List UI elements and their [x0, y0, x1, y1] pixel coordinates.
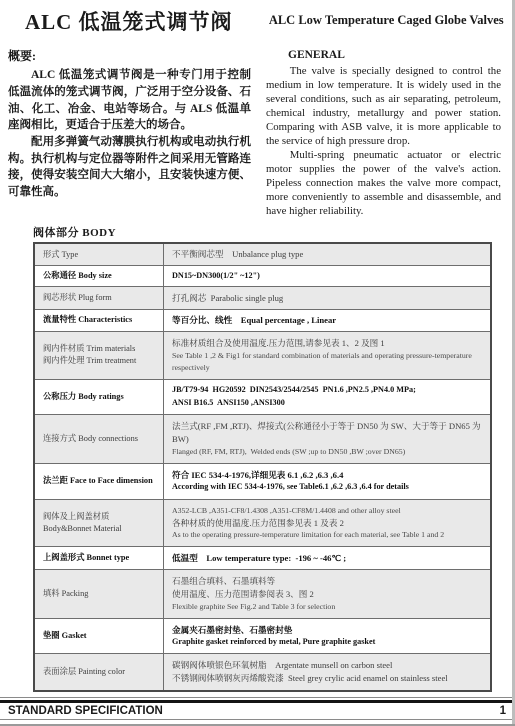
spec-label: 阀内件材质 Trim materials阀内件处理 Trim treatment — [34, 331, 164, 379]
page-title-en: ALC Low Temperature Caged Globe Valves — [258, 6, 515, 36]
spec-row: 阀内件材质 Trim materials阀内件处理 Trim treatment… — [34, 331, 491, 379]
page-title-zh: ALC 低温笼式调节阀 — [0, 6, 258, 36]
spec-label: 垫圈 Gasket — [34, 618, 164, 654]
spec-label: 形式 Type — [34, 243, 164, 266]
spec-value: DN15~DN300(1/2" ~12") — [164, 266, 492, 287]
spec-row: 阀芯形状 Plug form打孔阀芯 Parabolic single plug — [34, 287, 491, 309]
spec-row: 上阀盖形式 Bonnet type低温型 Low temperature typ… — [34, 547, 491, 569]
spec-row: 连接方式 Body connections法兰式(RF ,FM ,RTJ)、焊接… — [34, 414, 491, 463]
footer-page-number: 1 — [500, 705, 506, 717]
overview-heading-en: GENERAL — [288, 48, 501, 63]
page-footer: STANDARD SPECIFICATION 1 — [0, 697, 515, 720]
spec-value: 标准材质组合及使用温度.压力范围,请参见表 1、2 及图 1See Table … — [164, 331, 492, 379]
spec-value: 碳钢阀体喷银色环氧树脂 Argentate munsell on carbon … — [164, 654, 492, 691]
overview-heading-zh: 概要: — [8, 48, 251, 65]
spec-row: 公称通径 Body sizeDN15~DN300(1/2" ~12") — [34, 266, 491, 287]
spec-value: 符合 IEC 534-4-1976,详细见表 6.1 ,6.2 ,6.3 ,6.… — [164, 463, 492, 499]
spec-label: 上阀盖形式 Bonnet type — [34, 547, 164, 569]
spec-row: 公称压力 Body ratingsJB/T79-94 HG20592 DIN25… — [34, 379, 491, 414]
overview-paragraph-en: The valve is specially designed to contr… — [266, 64, 501, 148]
page-header: ALC 低温笼式调节阀 ALC Low Temperature Caged Gl… — [0, 0, 515, 36]
spec-row: 形式 Type不平衡阀芯型 Unbalance plug type — [34, 243, 491, 266]
overview-paragraph-zh: 配用多弹簧气动薄膜执行机构或电动执行机构。执行机构与定位器等附件之间采用无管路连… — [8, 134, 251, 201]
overview-paragraph-zh: ALC 低温笼式调节阀是一种专门用于控制低温流体的笼式调节阀，广泛用于空分设备、… — [8, 67, 251, 134]
spec-value: 不平衡阀芯型 Unbalance plug type — [164, 243, 492, 266]
spec-label: 填料 Packing — [34, 569, 164, 618]
spec-value: 石墨组合填料、石墨填料等使用温度、压力范围请参阅表 3、图 2Flexible … — [164, 569, 492, 618]
spec-row: 阀体及上阀盖材质Body&Bonnet MaterialA352-LCB ,A3… — [34, 499, 491, 547]
spec-value: 低温型 Low temperature type: -196 ~ -46℃ ; — [164, 547, 492, 569]
body-spec-table: 形式 Type不平衡阀芯型 Unbalance plug type公称通径 Bo… — [33, 242, 492, 692]
spec-value: 等百分比、线性 Equal percentage , Linear — [164, 309, 492, 331]
spec-label: 阀芯形状 Plug form — [34, 287, 164, 309]
spec-label: 法兰距 Face to Face dimension — [34, 463, 164, 499]
body-section-heading: 阀体部分 BODY — [33, 224, 116, 240]
spec-label: 连接方式 Body connections — [34, 414, 164, 463]
body-spec-table-wrap: 形式 Type不平衡阀芯型 Unbalance plug type公称通径 Bo… — [33, 242, 492, 692]
footer-label: STANDARD SPECIFICATION — [8, 705, 163, 717]
overview-column-zh: 概要: ALC 低温笼式调节阀是一种专门用于控制低温流体的笼式调节阀，广泛用于空… — [8, 48, 251, 218]
spec-row: 垫圈 Gasket金属夹石墨密封垫、石墨密封垫Graphite gasket r… — [34, 618, 491, 654]
document-page: ALC 低温笼式调节阀 ALC Low Temperature Caged Gl… — [0, 0, 515, 726]
spec-label: 公称通径 Body size — [34, 266, 164, 287]
footer-rule-thin — [0, 697, 515, 698]
spec-value: 金属夹石墨密封垫、石墨密封垫Graphite gasket reinforced… — [164, 618, 492, 654]
spec-label: 公称压力 Body ratings — [34, 379, 164, 414]
overview-column-en: GENERAL The valve is specially designed … — [266, 48, 501, 218]
spec-label: 表面涂层 Painting color — [34, 654, 164, 691]
spec-row: 流量特性 Characteristics等百分比、线性 Equal percen… — [34, 309, 491, 331]
spec-value: A352-LCB ,A351-CF8/1.4308 ,A351-CF8M/1.4… — [164, 499, 492, 547]
spec-row: 法兰距 Face to Face dimension符合 IEC 534-4-1… — [34, 463, 491, 499]
spec-label: 阀体及上阀盖材质Body&Bonnet Material — [34, 499, 164, 547]
footer-row: STANDARD SPECIFICATION 1 — [0, 703, 515, 717]
spec-value: JB/T79-94 HG20592 DIN2543/2544/2545 PN1.… — [164, 379, 492, 414]
spec-value: 法兰式(RF ,FM ,RTJ)、焊接式(公称通径小于等于 DN50 为 SW、… — [164, 414, 492, 463]
spec-label: 流量特性 Characteristics — [34, 309, 164, 331]
intro-columns: 概要: ALC 低温笼式调节阀是一种专门用于控制低温流体的笼式调节阀，广泛用于空… — [0, 48, 515, 218]
footer-rule-bottom — [0, 719, 515, 720]
spec-value: 打孔阀芯 Parabolic single plug — [164, 287, 492, 309]
body-spec-table-body: 形式 Type不平衡阀芯型 Unbalance plug type公称通径 Bo… — [34, 243, 491, 691]
spec-row: 填料 Packing石墨组合填料、石墨填料等使用温度、压力范围请参阅表 3、图 … — [34, 569, 491, 618]
spec-row: 表面涂层 Painting color碳钢阀体喷银色环氧树脂 Argentate… — [34, 654, 491, 691]
overview-paragraph-en: Multi-spring pneumatic actuator or elect… — [266, 148, 501, 218]
